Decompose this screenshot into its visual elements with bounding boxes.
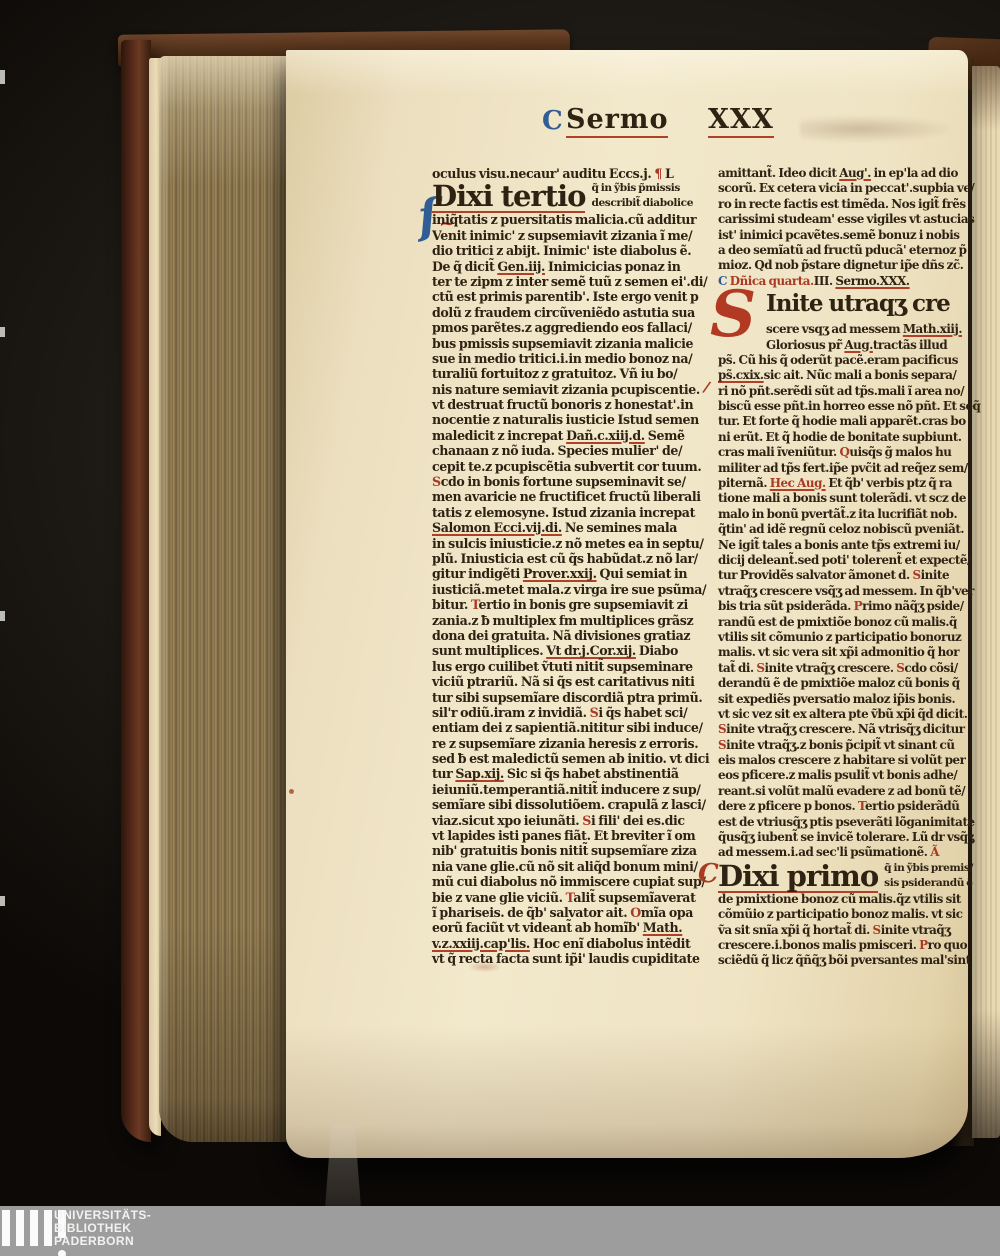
text-line: ro in recte factis est timẽda. Nos igit̃… (718, 197, 966, 212)
decorated-initial: S (710, 283, 756, 347)
text-line: dolũ z fraudem circũveniẽdo astutia sua (432, 305, 716, 320)
text-segment: cras mali ĩveniũtur. (718, 445, 839, 459)
text-segment: Qui semiat in (597, 566, 688, 581)
text-line: nib' gratuitis bonis nitit̃ supsemĩare z… (432, 843, 716, 858)
text-segment: piternã. (718, 476, 770, 490)
text-segment: est de vtriusq̃ʒ ptis pseverãti lõganimi… (718, 815, 975, 829)
text-segment: S (582, 813, 591, 828)
text-line: derandũ ẽ de pmixtiõe maloz cũ bonis q̃ (718, 676, 966, 691)
text-line: militer ad tp̃s fert.ip̃e pvc̃it ad req̃… (718, 461, 966, 476)
text-segment: sil'r odiũ.iram z invidiã. (432, 705, 590, 720)
text-line: eorũ faciũt vt videant̃ ab homĩb' Math. (432, 920, 716, 935)
text-segment: in sulcis iniusticie.z nõ metes ea in se… (432, 536, 704, 551)
text-line: a deo semĩatũ ad fructũ pducã' eternoz p… (718, 243, 966, 258)
text-line: cras mali ĩveniũtur. Quisq̃s g̃ malos hu (718, 445, 966, 460)
text-segment: ri nõ pñt.serẽdi sũt ad tp̃s.mali ĩ area… (718, 384, 964, 398)
text-segment: q̃tin' ad idẽ regnũ celoz nobiscũ pveniã… (718, 522, 964, 536)
text-line: viciũ ptrariũ. Nã si q̃s est caritativus… (432, 674, 716, 689)
text-line: malo in bonũ pvertãt̃.z ita lucrifiãt no… (718, 507, 966, 522)
text-line: sue in medio tritici.i.in medio bonoz na… (432, 351, 716, 366)
text-segment: vt destruat fructũ bonoris z honestat'.i… (432, 397, 693, 412)
text-segment: cõmũio z participatio bonoz malis. vt si… (718, 907, 963, 921)
text-line: cepit te.z pcupiscẽtia subvertit cor tuu… (432, 459, 716, 474)
heading-word: Dixi primo (718, 861, 878, 893)
text-line: sil'r odiũ.iram z invidiã. Si q̃s habet … (432, 705, 716, 720)
text-segment: sunt multiplices. (432, 643, 546, 658)
left-page-block-fore-edge (159, 56, 287, 1142)
text-segment: ṽa sit snĩa xp̃i q̃ hortat̃ di. (718, 923, 873, 937)
text-line: Venit inimic' z supsemiavit zizania ĩ me… (432, 228, 716, 243)
text-segment: Et q̃b' verbis ptz q̃ ra (826, 476, 952, 490)
text-line: dona dei gratuita. Nã divisiones gratiaz (432, 628, 716, 643)
text-line: De q̃ dicit̃ Gen.iij. Inimicicias ponaz … (432, 259, 716, 274)
text-line: entiam dei z sapientiã.nititur sibi indu… (432, 720, 716, 735)
text-segment: Sic si q̃s habet abstinentiã (504, 766, 679, 781)
text-segment: Ne semines mala (562, 520, 677, 535)
text-line: q̃tin' ad idẽ regnũ celoz nobiscũ pveniã… (718, 522, 966, 537)
text-line: ist' inimici pcavẽtes.semẽ bonuz i nobis (718, 228, 966, 243)
text-line: sed ƀ est maledictũ semen ab initio. vt … (432, 751, 716, 766)
text-segment: ps̃.cxix. (718, 368, 764, 382)
text-segment: Dañ.c.xiij.d. (566, 428, 645, 443)
library-watermark-banner: UNIVERSITÄTS- BIBLIOTHEK PADERBORN (0, 1206, 1000, 1256)
text-segment: cdo cõsi/ (904, 661, 957, 675)
text-line: amittant̃. Ideo dicit Aug'. in ep'la ad … (718, 166, 966, 181)
text-line: men avaricie ne fructificet fructũ liber… (432, 489, 716, 504)
text-segment: plũ. Iniusticia est cũ q̃s habũdat.z nõ … (432, 551, 698, 566)
text-line: bitur. Tertio in bonis gre supsemiavit z… (432, 597, 716, 612)
text-line: bus pmissis supsemiavit zizania malicie (432, 336, 716, 351)
text-segment: bie z vane glie viciũ. (432, 890, 566, 905)
text-segment: mũ cui diabolus nõ immiscere cupiat sup/ (432, 874, 706, 889)
text-line: semĩare sibi dissolutiõem. crapulã z las… (432, 797, 716, 812)
text-segment: cepit te.z pcupiscẽtia subvertit cor tuu… (432, 459, 701, 474)
leather-binding-left-cover (121, 40, 151, 1142)
text-line: plũ. Iniusticia est cũ q̃s habũdat.z nõ … (432, 551, 716, 566)
text-segment: entiam dei z sapientiã.nititur sibi indu… (432, 720, 703, 735)
text-segment: crescere.i.bonos malis pmisceri. (718, 938, 919, 952)
text-segment: dicij deleant̃.sed poti' tolerent̃ et ex… (718, 553, 971, 567)
text-line: Sinite vtraq̃ʒ crescere. Nã vtrisq̃ʒ dic… (718, 722, 966, 737)
text-segment: vt lapides isti panes fiãt. Et breviter … (432, 828, 695, 843)
text-segment: ter te zipm z inter semẽ tuũ z semen ei'… (432, 274, 707, 289)
text-segment: vt sic vez sit ex altera pte ṽbũ xp̃i q̃… (718, 707, 967, 721)
text-line: ṽa sit snĩa xp̃i q̃ hortat̃ di. Sinite v… (718, 923, 966, 938)
text-segment: iniq̃tatis z puersitatis malicia.cũ addi… (432, 212, 696, 227)
text-segment: inite vtraq̃ʒ (881, 923, 951, 937)
text-segment: carissimi studeam' esse vigiles vt astuc… (718, 212, 974, 226)
text-line: ps̃. Cũ his q̃ oderũt pacẽ.eram pacificu… (718, 353, 966, 368)
text-segment: dona dei gratuita. Nã divisiones gratiaz (432, 628, 690, 643)
text-segment: inite vtraq̃ʒ.z bonis p̃cipit̃ vt sinant… (726, 738, 954, 752)
text-segment: sit expediẽs pversatio maloz ip̃is bonis… (718, 692, 955, 706)
text-segment: L (662, 166, 673, 181)
text-segment: tatis z elemosyne. Istud zizania increpa… (432, 505, 695, 520)
text-segment: eis malos crescere z habitare si volũt p… (718, 753, 966, 767)
text-segment: cdo in bonis fortune supseminavit se/ (441, 474, 686, 489)
text-line: ĩ phariseis. de q̃b' salvator ait. Omĩa … (432, 905, 716, 920)
text-line: vt lapides isti panes fiãt. Et breviter … (432, 828, 716, 843)
logo-bar (44, 1210, 52, 1246)
text-segment: S (718, 738, 726, 752)
logo-bar (30, 1210, 38, 1246)
rubric-heading: Dixi tertioq̃ in ỹbis p̃missisdescribit̃… (432, 181, 716, 212)
text-line: iusticiã.metet mala.z virga ire sue psũm… (432, 582, 716, 597)
text-line: tur Providẽs salvator ãmonet d. Sinite (718, 568, 966, 583)
text-segment: ro in recte factis est timẽda. Nos igit̃… (718, 197, 966, 211)
text-segment: bus pmissis supsemiavit zizania malicie (432, 336, 693, 351)
text-segment: mioz. Qd nob p̃stare dignetur ip̃e dñs z… (718, 258, 963, 272)
text-segment: P (919, 938, 928, 952)
text-segment: Aug. (844, 338, 873, 352)
running-title: Sermo (566, 104, 668, 138)
text-segment: q̃usq̃ʒ iubent̃ se invicẽ tolerare. Lũ d… (718, 830, 974, 844)
scan-edge-mark (0, 611, 5, 621)
book-photograph: C Sermo XXX ſ~ / oculus visu.necaur' aud… (0, 0, 1000, 1256)
text-line: sis psiderandũ ẽ (884, 876, 973, 891)
text-segment: turaliũ fortuitoz z gratuitoz. Vñ iu bo/ (432, 366, 677, 381)
text-segment: eorũ faciũt vt videant̃ ab homĩb' (432, 920, 643, 935)
text-segment: ad messem.i.ad sec'li psũmationẽ. (718, 845, 930, 859)
text-segment: ĩ phariseis. de q̃b' salvator ait. (432, 905, 630, 920)
text-segment: Diabo (636, 643, 678, 658)
text-line: in sulcis iniusticie.z nõ metes ea in se… (432, 536, 716, 551)
text-segment: ertio in bonis gre supsemiavit zi (479, 597, 688, 612)
text-segment: chanaan z nõ iuda. Species mulier' de/ (432, 443, 682, 458)
text-segment: Math. (643, 920, 682, 935)
text-segment: Prover.xxij. (523, 566, 597, 581)
text-segment: tur sibi supsemĩare discordiã ptra primũ… (432, 690, 702, 705)
text-segment: Semẽ (645, 428, 685, 443)
text-line: dio tritici z abijt. Inimic' iste diabol… (432, 243, 716, 258)
text-line: Scdo in bonis fortune supseminavit se/ (432, 474, 716, 489)
text-segment: malis. vt sic vera sit xp̃i admonitio q̃… (718, 645, 959, 659)
text-segment: dio tritici z abijt. Inimic' iste diabol… (432, 243, 691, 258)
text-segment: S (718, 722, 726, 736)
text-line: re z supsemĩare zizania heresis z errori… (432, 736, 716, 751)
rubricator-dot (289, 789, 294, 794)
text-segment: nocentie z naturalis iusticie Istud seme… (432, 412, 699, 427)
text-line: iniq̃tatis z puersitatis malicia.cũ addi… (432, 212, 716, 227)
text-line: tione mali a bonis sunt tolerãdi. vt scz… (718, 491, 966, 506)
text-line: eis malos crescere z habitare si volũt p… (718, 753, 966, 768)
text-line: q̃ in ỹbis premis/ (884, 861, 973, 876)
text-segment: sed ƀ est maledictũ semen ab initio. vt … (432, 751, 709, 766)
text-segment: scere vsqʒ ad messem (766, 322, 903, 336)
text-line: ri nõ pñt.serẽdi sũt ad tp̃s.mali ĩ area… (718, 384, 966, 399)
logo-bar (2, 1210, 10, 1246)
text-line: randũ est de pmixtiõe bonoz cũ malis.q̃ (718, 615, 966, 630)
text-segment: T (471, 597, 479, 612)
text-line: viaz.sicut xpo ieiunãti. Si fili' dei es… (432, 813, 716, 828)
text-segment: nib' gratuitis bonis nitit̃ supsemĩare z… (432, 843, 697, 858)
text-segment: S (432, 474, 441, 489)
text-segment: Venit inimic' z supsemiavit zizania ĩ me… (432, 228, 692, 243)
text-line: scorũ. Ex cetera vicia in peccat'.supbia… (718, 181, 966, 196)
text-line: sciẽdũ q̃ licz q̃ñq̃ʒ bõi pversantes mal… (718, 953, 966, 968)
text-segment: iusticiã.metet mala.z virga ire sue psũm… (432, 582, 706, 597)
text-line: tur Sap.xij. Sic si q̃s habet abstinenti… (432, 766, 716, 781)
text-line: sit expediẽs pversatio maloz ip̃is bonis… (718, 692, 966, 707)
text-segment: vtilis sit cõmunio z participatio bonoru… (718, 630, 961, 644)
text-segment: Inimicicias ponaz in (545, 259, 680, 274)
incipit-text: Inite utraqʒ cre (766, 289, 950, 319)
text-segment: inite vtraq̃ʒ crescere. Nã vtrisq̃ʒ dici… (726, 722, 964, 736)
text-segment: de pmixtione bonoz cũ malis.q̃z vtilis s… (718, 892, 961, 906)
text-line: mũ cui diabolus nõ immiscere cupiat sup/ (432, 874, 716, 889)
text-line: bis tria sũt psiderãda. Primo nãq̃ʒ psid… (718, 599, 966, 614)
text-line: nis nature semiavit zizania pcupiscentie… (432, 382, 716, 397)
text-segment: tractãs illud (873, 338, 947, 352)
text-segment: viciũ ptrariũ. Nã si q̃s est caritativus… (432, 674, 694, 689)
text-segment: derandũ ẽ de pmixtiõe maloz cũ bonis q̃ (718, 676, 960, 690)
text-line: ter te zipm z inter semẽ tuũ z semen ei'… (432, 274, 716, 289)
text-segment: tur Providẽs salvator ãmonet d. (718, 568, 912, 582)
text-line: mioz. Qd nob p̃stare dignetur ip̃e dñs z… (718, 258, 966, 273)
text-line: tur sibi supsemĩare discordiã ptra primũ… (432, 690, 716, 705)
text-segment: tur (432, 766, 455, 781)
library-name-line3: PADERBORN (54, 1235, 151, 1248)
text-segment: semĩare sibi dissolutiõem. crapulã z las… (432, 797, 706, 812)
text-line: est de vtriusq̃ʒ ptis pseverãti lõganimi… (718, 815, 966, 830)
text-line: lus ergo cuilibet ṽtuti nitit̃ supsemina… (432, 659, 716, 674)
text-segment: sue in medio tritici.i.in medio bonoz na… (432, 351, 692, 366)
text-segment: nis nature semiavit zizania pcupiscentie… (432, 382, 700, 397)
text-segment: O (630, 905, 641, 920)
text-segment: maledicit z increpat (432, 428, 566, 443)
text-segment: Gloriosus pr̃ (766, 338, 844, 352)
text-segment: bis tria sũt psiderãda. (718, 599, 854, 613)
text-line: gitur indigẽti Prover.xxij. Qui semiat i… (432, 566, 716, 581)
library-name: UNIVERSITÄTS- BIBLIOTHEK PADERBORN (54, 1209, 151, 1248)
text-segment: Math.xiij. (903, 322, 962, 336)
text-line: carissimi studeam' esse vigiles vt astuc… (718, 212, 966, 227)
text-line: vt destruat fructũ bonoris z honestat'.i… (432, 397, 716, 412)
text-segment: in ep'la ad dio (871, 166, 958, 180)
text-segment: tur. Et forte q̃ hodie mali apparẽt.cras… (718, 414, 966, 428)
text-segment: malo in bonũ pvertãt̃.z ita lucrifiãt no… (718, 507, 957, 521)
text-line: dere z pficere p bonos. Tertio psiderãdũ (718, 799, 966, 814)
text-segment: i fili' dei es.dic (591, 813, 685, 828)
capitulum-mark: C (542, 106, 563, 136)
text-segment: Sap.xij. (455, 766, 503, 781)
text-line: q̃usq̃ʒ iubent̃ se invicẽ tolerare. Lũ d… (718, 830, 966, 845)
text-segment: P (854, 599, 863, 613)
text-segment: III. (814, 274, 836, 288)
text-segment: randũ est de pmixtiõe bonoz cũ malis.q̃ (718, 615, 957, 629)
text-segment: biscũ esse pñt.in horreo esse nõ pñt. Et… (718, 399, 980, 413)
text-segment: viaz.sicut xpo ieiunãti. (432, 813, 582, 828)
text-line: vt q̃ recta facta sunt ip̃i' laudis cupi… (432, 951, 716, 966)
text-segment: De q̃ dicit̃ (432, 259, 497, 274)
text-segment: ¶ (654, 166, 662, 181)
text-segment: nia vane glie.cũ nõ sit aliq̃d bonum min… (432, 859, 698, 874)
text-segment: dolũ z fraudem circũveniẽdo astutia sua (432, 305, 695, 320)
text-segment: uisq̃s g̃ malos hu (849, 445, 951, 459)
right-page-block-edge (972, 66, 1000, 1138)
scan-edge-mark (0, 896, 5, 906)
text-line: crescere.i.bonos malis pmisceri. Pro quo (718, 938, 966, 953)
text-line: eos pficere.z malis psulit̃ vt bonis adh… (718, 768, 966, 783)
text-line: nia vane glie.cũ nõ sit aliq̃d bonum min… (432, 859, 716, 874)
capitulum-mark: C (698, 859, 718, 889)
sermon-opening: SInite utraqʒ cre (718, 289, 966, 322)
text-line: piternã. Hec Aug. Et q̃b' verbis ptz q̃ … (718, 476, 966, 491)
text-segment: reant.si volũt malũ evadere z ad bonũ tẽ… (718, 784, 965, 798)
text-segment: ps̃. Cũ his q̃ oderũt pacẽ.eram pacificu… (718, 353, 958, 367)
text-segment: lus ergo cuilibet ṽtuti nitit̃ supsemina… (432, 659, 693, 674)
text-line: vt sic vez sit ex altera pte ṽbũ xp̃i q̃… (718, 707, 966, 722)
text-line: ctũ est primis parentib'. Iste ergo veni… (432, 289, 716, 304)
text-segment: inite (921, 568, 950, 582)
text-segment: bitur. (432, 597, 471, 612)
text-segment: tione mali a bonis sunt tolerãdi. vt scz… (718, 491, 966, 505)
text-segment: mĩa opa (641, 905, 693, 920)
logo-exclamation-dot (58, 1250, 66, 1256)
text-segment: Ne igit̃ tales a bonis ante tp̃s extremi… (718, 538, 960, 552)
text-line: malis. vt sic vera sit xp̃i admonitio q̃… (718, 645, 966, 660)
scan-edge-mark (0, 327, 5, 337)
text-segment: S (873, 923, 881, 937)
text-segment: Aug'. (839, 166, 871, 180)
heading-word: Dixi tertio (432, 181, 585, 213)
text-segment: sciẽdũ q̃ licz q̃ñq̃ʒ bõi pversantes mal… (718, 953, 971, 967)
text-line: vtilis sit cõmunio z participatio bonoru… (718, 630, 966, 645)
text-segment: amittant̃. Ideo dicit (718, 166, 839, 180)
text-segment: zania.z ƀ multiplex fm multiplices grãsz (432, 613, 693, 628)
text-line: pmos parẽtes.z aggrediendo eos fallaci/ (432, 320, 716, 335)
text-segment: men avaricie ne fructificet fructũ liber… (432, 489, 701, 504)
text-line: ps̃.cxix.sic ait. Nũc mali a bonis separ… (718, 368, 966, 383)
text-line: ni erũt. Et q̃ hodie de bonitate supbiun… (718, 430, 966, 445)
text-segment: re z supsemĩare zizania heresis z errori… (432, 736, 698, 751)
text-segment: militer ad tp̃s fert.ip̃e pvc̃it ad req̃… (718, 461, 968, 475)
text-line: chanaan z nõ iuda. Species mulier' de/ (432, 443, 716, 458)
text-segment: gitur indigẽti (432, 566, 523, 581)
text-line: v.z.xxiij.cap'lis. Hoc enĩ diabolus intẽ… (432, 936, 716, 951)
text-line: dicij deleant̃.sed poti' tolerent̃ et ex… (718, 553, 966, 568)
text-line: Ne igit̃ tales a bonis ante tp̃s extremi… (718, 538, 966, 553)
logo-bar (16, 1210, 24, 1246)
text-line: tatis z elemosyne. Istud zizania increpa… (432, 505, 716, 520)
heading-sidelines: q̃ in ỹbis p̃missisdescribit̃ diabolice (591, 181, 693, 211)
sermon-number: XXX (708, 104, 774, 138)
text-line: describit̃ diabolice (591, 196, 693, 211)
text-segment: ertio psiderãdũ (865, 799, 960, 813)
text-segment: Hoc enĩ diabolus intẽdit (530, 936, 691, 951)
text-segment: ni erũt. Et q̃ hodie de bonitate supbiun… (718, 430, 962, 444)
scan-edge-mark (0, 70, 5, 84)
text-segment: inite vtraq̃ʒ crescere. (764, 661, 896, 675)
text-line: turaliũ fortuitoz z gratuitoz. Vñ iu bo/ (432, 366, 716, 381)
text-line: Salomon Ecci.vij.di. Ne semines mala (432, 520, 716, 535)
text-line: maledicit z increpat Dañ.c.xiij.d. Semẽ (432, 428, 716, 443)
text-segment: v.z.xxiij.cap'lis. (432, 936, 530, 951)
text-line: q̃ in ỹbis p̃missis (591, 181, 693, 196)
text-segment: vt q̃ recta facta sunt ip̃i' laudis cupi… (432, 951, 700, 966)
text-segment: Vt dr.j.Cor.xij. (546, 643, 636, 658)
text-segment: tat̃ di. (718, 661, 756, 675)
text-segment: ist' inimici pcavẽtes.semẽ bonuz i nobis (718, 228, 960, 242)
heading-sidelines: q̃ in ỹbis premis/sis psiderandũ ẽ (884, 861, 973, 891)
text-line: Sinite vtraq̃ʒ.z bonis p̃cipit̃ vt sinan… (718, 738, 966, 753)
text-segment: ro quo (928, 938, 968, 952)
text-line: bie z vane glie viciũ. Talit̃ supsemĩave… (432, 890, 716, 905)
text-line: reant.si volũt malũ evadere z ad bonũ tẽ… (718, 784, 966, 799)
text-segment: Sermo.XXX. (835, 274, 909, 288)
text-segment: pmos parẽtes.z aggrediendo eos fallaci/ (432, 320, 692, 335)
rubric-heading: CDixi primoq̃ in ỹbis premis/sis psidera… (718, 861, 966, 892)
text-segment: Hec Aug. (770, 476, 826, 490)
text-line: cõmũio z participatio bonoz malis. vt si… (718, 907, 966, 922)
text-segment: alit̃ supsemĩaverat (573, 890, 695, 905)
text-line: vtraq̃ʒ crescere vsq̃ʒ ad messem. In q̃b… (718, 584, 966, 599)
text-segment: rimo nãq̃ʒ pside/ (862, 599, 964, 613)
text-segment: Gen.iij. (497, 259, 545, 274)
text-segment: Ã (930, 845, 939, 859)
text-line: zania.z ƀ multiplex fm multiplices grãsz (432, 613, 716, 628)
text-column-left: oculus visu.necaur' auditu Eccs.j. ¶ LDi… (432, 166, 716, 967)
text-line: ieiuniũ.temperantiã.nitit̃ inducere z su… (432, 782, 716, 797)
text-line: tat̃ di. Sinite vtraq̃ʒ crescere. Scdo c… (718, 661, 966, 676)
text-segment: T (858, 799, 865, 813)
text-segment: i q̃s habet sci/ (598, 705, 687, 720)
text-segment: vtraq̃ʒ crescere vsq̃ʒ ad messem. In q̃b… (718, 584, 974, 598)
text-segment: a deo semĩatũ ad fructũ pducã' eternoz p… (718, 243, 967, 257)
text-line: sunt multiplices. Vt dr.j.Cor.xij. Diabo (432, 643, 716, 658)
text-segment: dere z pficere p bonos. (718, 799, 858, 813)
text-segment: S (912, 568, 920, 582)
text-line: nocentie z naturalis iusticie Istud seme… (432, 412, 716, 427)
text-segment: sic ait. Nũc mali a bonis separa/ (764, 368, 957, 382)
text-segment: Salomon Ecci.vij.di. (432, 520, 562, 535)
text-line: de pmixtione bonoz cũ malis.q̃z vtilis s… (718, 892, 966, 907)
text-line: biscũ esse pñt.in horreo esse nõ pñt. Et… (718, 399, 966, 414)
ink-bleedthrough-smudge (800, 116, 950, 142)
text-segment: ieiuniũ.temperantiã.nitit̃ inducere z su… (432, 782, 700, 797)
text-line: tur. Et forte q̃ hodie mali apparẽt.cras… (718, 414, 966, 429)
text-segment: scorũ. Ex cetera vicia in peccat'.supbia… (718, 181, 974, 195)
text-segment: eos pficere.z malis psulit̃ vt bonis adh… (718, 768, 957, 782)
text-segment: ctũ est primis parentib'. Iste ergo veni… (432, 289, 698, 304)
text-column-right: amittant̃. Ideo dicit Aug'. in ep'la ad … (718, 166, 966, 969)
text-segment: Q (839, 445, 849, 459)
